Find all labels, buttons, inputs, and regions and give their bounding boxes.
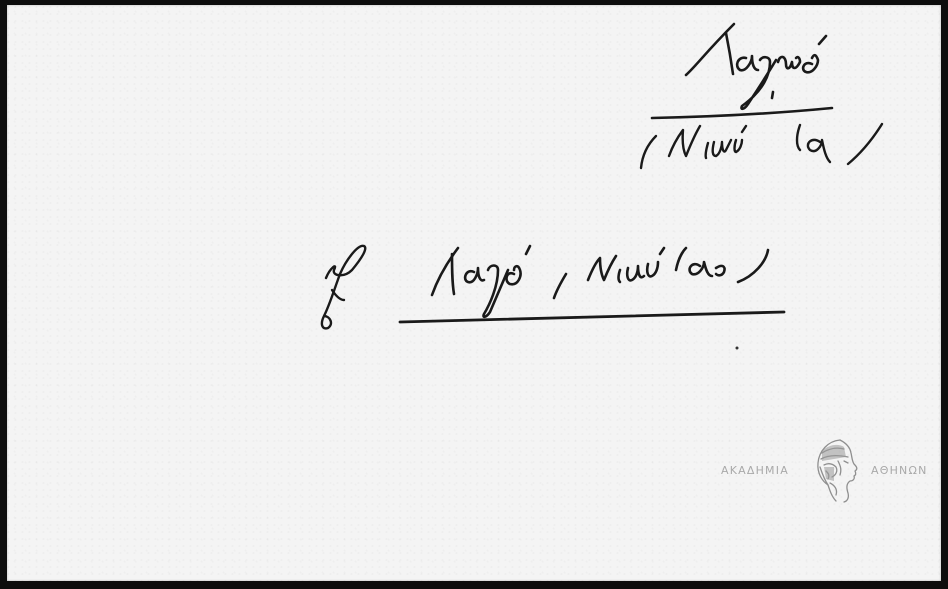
entry-underline (400, 312, 784, 322)
entry-handwriting (432, 246, 768, 317)
ink-dot (736, 347, 739, 350)
headword-locality-handwriting (641, 124, 882, 168)
article-mark-handwriting (322, 246, 365, 329)
watermark-right-word: ΑΘΗΝΩΝ (871, 464, 928, 477)
watermark-left-word: ΑΚΑΔΗΜΙΑ (721, 464, 789, 477)
scan-frame: Λαγωός (Νικήτα) ἡ Λαγό (Νικήτας) ΑΚΑΔΗΜΙ… (0, 0, 948, 589)
headword-handwriting (686, 24, 826, 109)
handwriting-layer (0, 0, 948, 589)
athena-head-icon (814, 437, 862, 503)
